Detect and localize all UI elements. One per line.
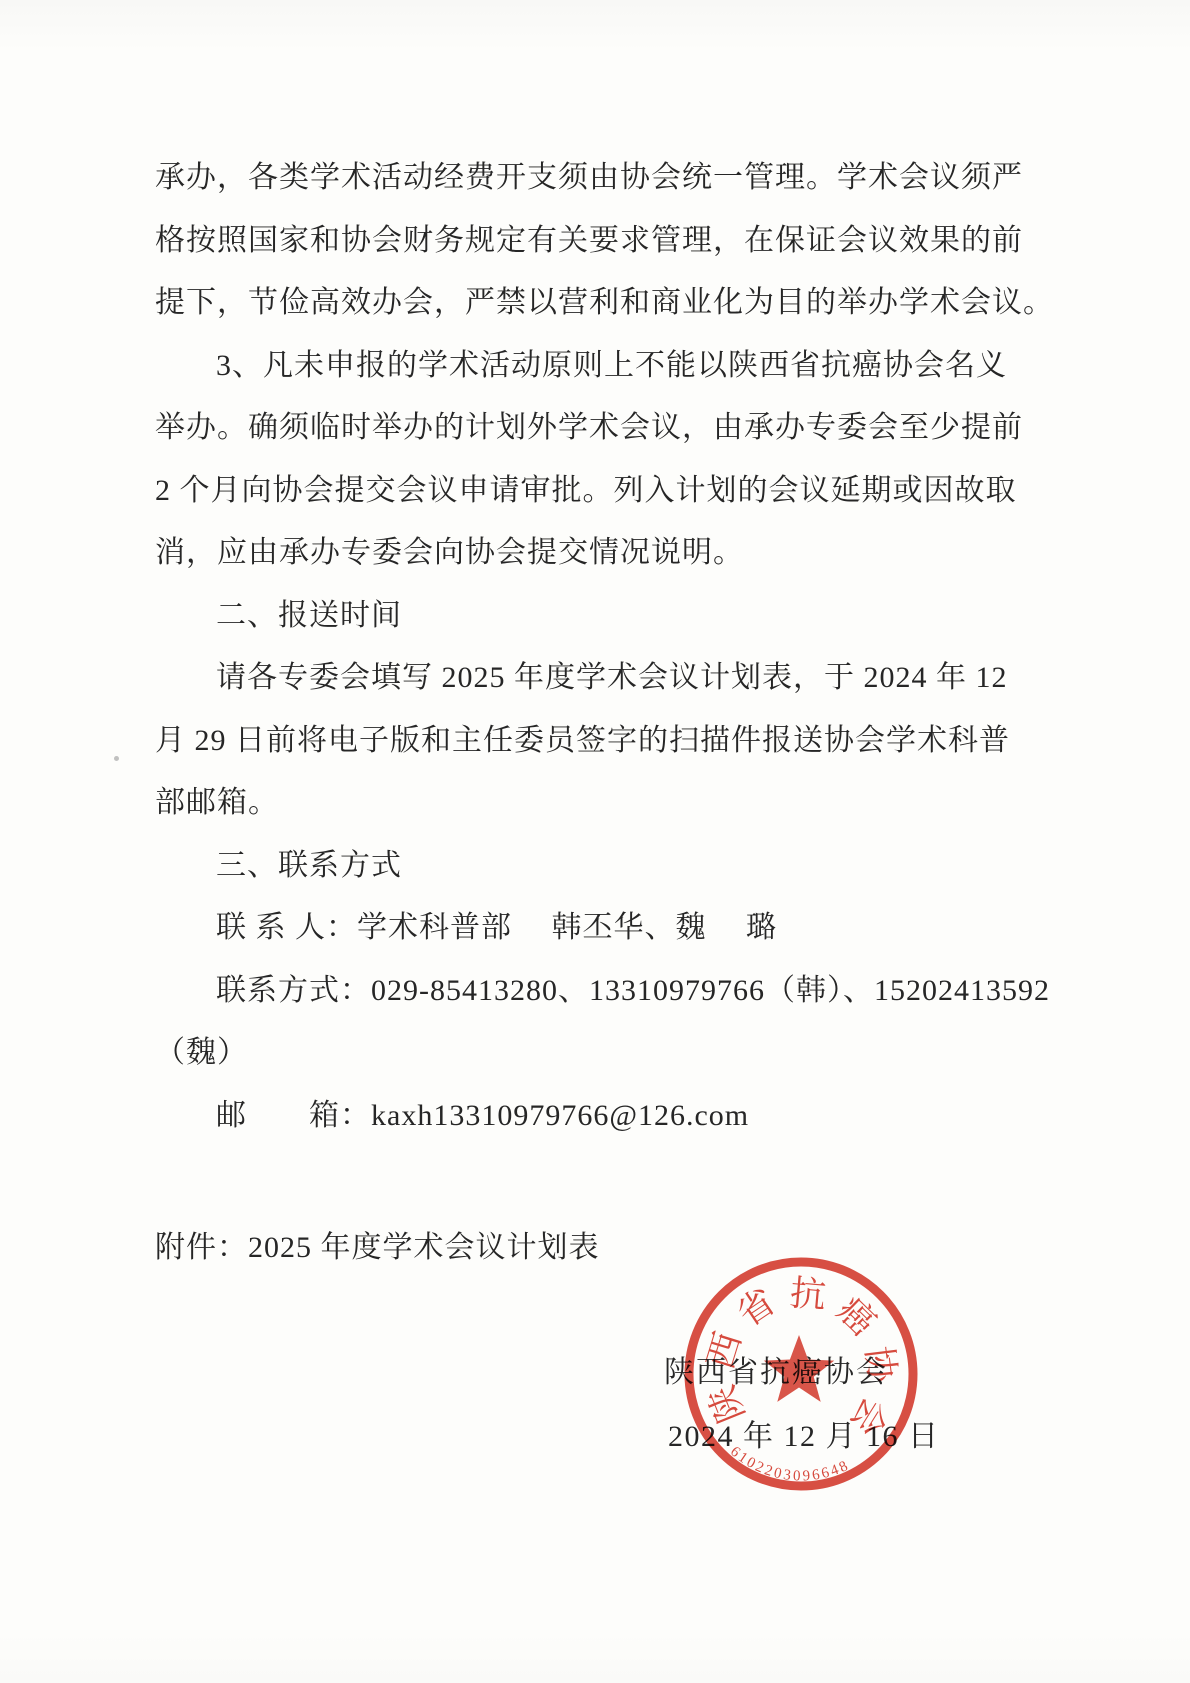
text-line: 承办，各类学术活动经费开支须由协会统一管理。学术会议须严: [155, 143, 1075, 206]
text-line: 3、凡未申报的学术活动原则上不能以陕西省抗癌协会名义: [155, 331, 1075, 394]
text-line: 月 29 日前将电子版和主任委员签字的扫描件报送协会学术科普: [155, 706, 1075, 769]
text-line: 二、报送时间: [155, 581, 1075, 644]
text-line: 举办。确须临时举办的计划外学术会议，由承办专委会至少提前: [155, 393, 1075, 456]
scan-speck: [114, 756, 119, 761]
scanned-document-page: { "page": { "background": "#fdfdfb", "te…: [0, 0, 1190, 1683]
signature-date: 2024 年 12 月 16 日: [668, 1411, 940, 1455]
text-line: 消，应由承办专委会向协会提交情况说明。: [155, 518, 1075, 581]
text-line: 邮 箱：kaxh13310979766@126.com: [155, 1081, 1075, 1144]
text-line: 提下，节俭高效办会，严禁以营利和商业化为目的举办学术会议。: [155, 268, 1075, 331]
document-body: 承办，各类学术活动经费开支须由协会统一管理。学术会议须严格按照国家和协会财务规定…: [155, 143, 1075, 1143]
text-line: 联系方式：029-85413280、13310979766（韩）、1520241…: [155, 956, 1075, 1019]
text-line: 三、联系方式: [155, 831, 1075, 894]
text-line: 2 个月向协会提交会议申请审批。列入计划的会议延期或因故取: [155, 456, 1075, 519]
signature-org: 陕西省抗癌协会: [664, 1347, 888, 1391]
text-line: 部邮箱。: [155, 768, 1075, 831]
attachment-line: 附件：2025 年度学术会议计划表: [155, 1222, 600, 1266]
seal-ring-char: 抗: [788, 1273, 827, 1316]
seal-ring-char: 省: [730, 1281, 782, 1334]
text-line: 请各专委会填写 2025 年度学术会议计划表，于 2024 年 12: [155, 643, 1075, 706]
text-line: 格按照国家和协会财务规定有关要求管理，在保证会议效果的前: [155, 206, 1075, 269]
seal-ring-char: 癌: [830, 1290, 884, 1344]
text-line: 联 系 人：学术科普部 韩丕华、魏 璐: [155, 893, 1075, 956]
text-line: （魏）: [155, 1018, 1075, 1081]
